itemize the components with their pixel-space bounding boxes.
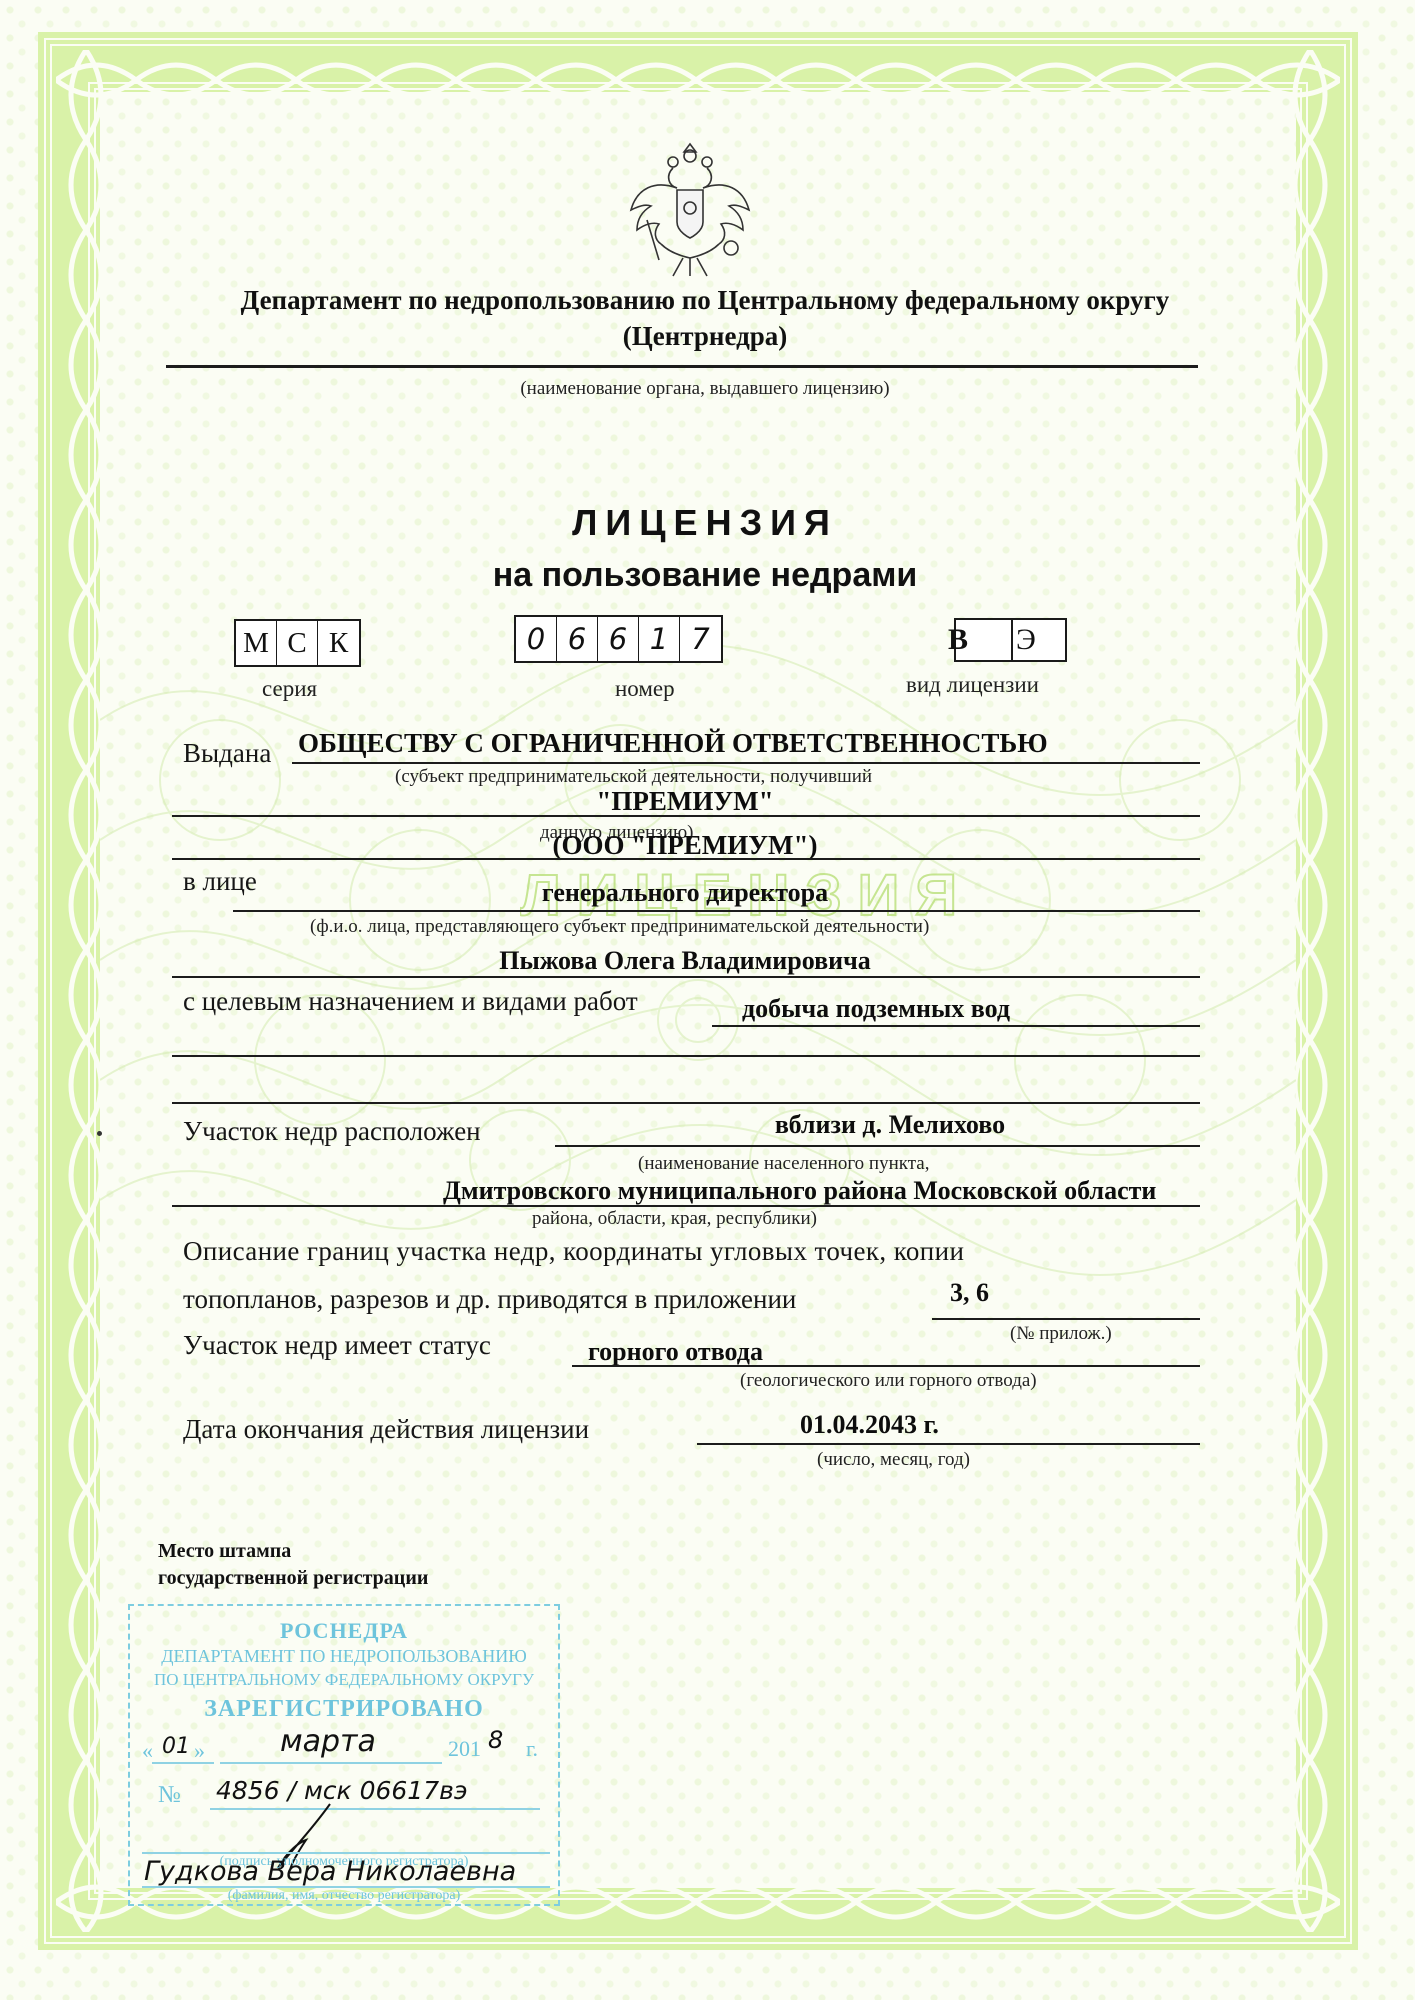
represented-by-label: в лице bbox=[183, 866, 257, 897]
location-caption2: района, области, края, республики) bbox=[532, 1208, 817, 1230]
expiry-caption: (число, месяц, год) bbox=[817, 1449, 970, 1471]
number-digit: 7 bbox=[680, 617, 721, 661]
issuer-abbreviation: (Центрнедра) bbox=[150, 321, 1260, 352]
series-label: серия bbox=[262, 676, 317, 702]
stamp-place-label-line1: Место штампа bbox=[158, 1538, 428, 1565]
representative-position: генерального директора bbox=[430, 878, 940, 908]
appendix-underline bbox=[932, 1318, 1200, 1320]
issued-to-underline bbox=[292, 762, 1200, 764]
license-type-char: Э bbox=[1016, 623, 1036, 657]
expiry-underline bbox=[697, 1443, 1200, 1445]
appendix-numbers: 3, 6 bbox=[950, 1278, 989, 1308]
stamp-reg-number: 4856 / мск 06617вэ bbox=[216, 1776, 468, 1805]
stamp-day-open: « bbox=[142, 1738, 153, 1764]
stamp-year-prefix: 201 bbox=[448, 1736, 481, 1762]
stamp-dept-line2: ПО ЦЕНТРАЛЬНОМУ ФЕДЕРАЛЬНОМУ ОКРУГУ bbox=[130, 1670, 558, 1690]
number-boxes: 0 6 6 1 7 bbox=[514, 615, 723, 663]
stamp-number-sign: № bbox=[158, 1782, 181, 1809]
purpose-underline-3 bbox=[172, 1102, 1200, 1104]
appendix-caption: (№ прилож.) bbox=[1010, 1323, 1112, 1345]
stamp-dept-line1: ДЕПАРТАМЕНТ ПО НЕДРОПОЛЬЗОВАНИЮ bbox=[130, 1646, 558, 1667]
stamp-place-label-line2: государственной регистрации bbox=[158, 1565, 428, 1592]
stamp-name-caption: (фамилия, имя, отчество регистратора) bbox=[130, 1888, 558, 1904]
position-underline bbox=[233, 910, 1200, 912]
number-digit: 1 bbox=[639, 617, 680, 661]
status-caption: (геологического или горного отвода) bbox=[740, 1370, 1037, 1392]
location-underline-2 bbox=[172, 1205, 1200, 1207]
purpose-underline-2 bbox=[172, 1055, 1200, 1057]
boundaries-text-line2: топопланов, разрезов и др. приводятся в … bbox=[183, 1284, 796, 1315]
license-type-char: В bbox=[948, 623, 968, 657]
ink-dot bbox=[97, 1131, 102, 1136]
stamp-place-label: Место штампа государственной регистрации bbox=[158, 1538, 428, 1592]
purpose-value: добыча подземных вод bbox=[742, 994, 1010, 1024]
russian-coat-of-arms-icon bbox=[625, 140, 755, 280]
status-value: горного отвода bbox=[588, 1337, 763, 1367]
location-underline bbox=[555, 1145, 1200, 1147]
number-digit: 6 bbox=[598, 617, 639, 661]
stamp-month-line bbox=[220, 1762, 442, 1764]
registration-stamp: РОСНЕДРА ДЕПАРТАМЕНТ ПО НЕДРОПОЛЬЗОВАНИЮ… bbox=[128, 1604, 560, 1906]
issuer-caption: (наименование органа, выдавшего лицензию… bbox=[150, 378, 1260, 400]
location-caption1: (наименование населенного пункта, bbox=[638, 1153, 929, 1175]
document-subtitle: на пользование недрами bbox=[150, 556, 1260, 595]
box-divider bbox=[1011, 620, 1013, 660]
number-digit: 6 bbox=[557, 617, 598, 661]
stamp-day: 01 bbox=[162, 1734, 190, 1759]
stamp-org: РОСНЕДРА bbox=[130, 1618, 558, 1644]
issued-to-caption1: (субъект предпринимательской деятельност… bbox=[395, 766, 872, 788]
issued-to-line1: ОБЩЕСТВУ С ОГРАНИЧЕННОЙ ОТВЕТСТВЕННОСТЬЮ bbox=[298, 728, 1048, 759]
series-char: М bbox=[236, 621, 277, 665]
representative-caption: (ф.и.о. лица, представляющего субъект пр… bbox=[310, 916, 929, 938]
registrar-name: Гудкова Вера Николаевна bbox=[144, 1856, 516, 1887]
name-underline bbox=[172, 976, 1200, 978]
purpose-underline bbox=[712, 1025, 1200, 1027]
issued-to-label: Выдана bbox=[183, 738, 271, 769]
license-type-boxes: В Э bbox=[954, 618, 1067, 662]
number-digit: 0 bbox=[516, 617, 557, 661]
status-label: Участок недр имеет статус bbox=[183, 1330, 491, 1361]
expiry-label: Дата окончания действия лицензии bbox=[183, 1414, 589, 1445]
issued-to-line3: (ООО "ПРЕМИУМ") bbox=[450, 830, 920, 861]
stamp-number-line bbox=[210, 1808, 540, 1810]
issued-to-underline bbox=[172, 858, 1200, 860]
boundaries-text-line1: Описание границ участка недр, координаты… bbox=[183, 1236, 964, 1267]
series-char: К bbox=[318, 621, 359, 665]
series-boxes: М С К bbox=[234, 619, 361, 667]
stamp-day-line bbox=[152, 1762, 214, 1764]
series-char: С bbox=[277, 621, 318, 665]
location-label: Участок недр расположен bbox=[183, 1116, 481, 1147]
stamp-month: марта bbox=[280, 1724, 376, 1759]
location-district: Дмитровского муниципального района Моско… bbox=[443, 1176, 1156, 1206]
stamp-day-close: » bbox=[194, 1738, 205, 1764]
document-title: ЛИЦЕНЗИЯ bbox=[150, 502, 1260, 544]
license-type-label: вид лицензии bbox=[906, 672, 1039, 698]
issued-to-line2: "ПРЕМИУМ" bbox=[450, 786, 920, 817]
location-settlement: вблизи д. Мелихово bbox=[640, 1110, 1140, 1140]
stamp-year-unit: г. bbox=[526, 1736, 538, 1762]
status-underline bbox=[572, 1365, 1200, 1367]
issuer-name: Департамент по недропользованию по Центр… bbox=[150, 285, 1260, 316]
number-label: номер bbox=[615, 676, 675, 702]
expiry-date: 01.04.2043 г. bbox=[800, 1410, 939, 1440]
representative-name: Пыжова Олега Владимировича bbox=[430, 946, 940, 976]
stamp-status: ЗАРЕГИСТРИРОВАНО bbox=[130, 1696, 558, 1723]
purpose-label: с целевым назначением и видами работ bbox=[183, 986, 638, 1017]
stamp-year-suffix: 8 bbox=[488, 1726, 503, 1754]
issuer-underline bbox=[166, 365, 1198, 368]
issued-to-underline bbox=[172, 815, 1200, 817]
